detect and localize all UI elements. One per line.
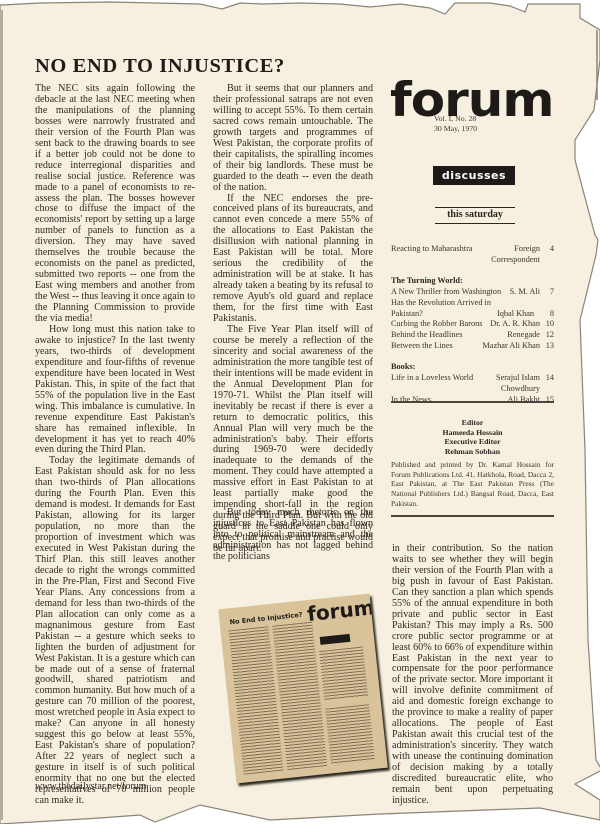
toc-section-heading: Books: xyxy=(391,362,554,373)
toc-page: 10 xyxy=(540,319,554,330)
toc-section-heading: The Turning World: xyxy=(391,276,554,287)
article-column-2: But it seems that our planners and their… xyxy=(213,84,373,555)
toc-title: Behind the Headlines xyxy=(391,330,507,341)
issue-info: Vol. I, No. 28 30 May, 1970 xyxy=(434,114,477,133)
article-column-1: The NEC sits again following the debacle… xyxy=(35,84,195,807)
toc-item: Between the Lines Mazhar Ali Khan 13 xyxy=(391,341,554,352)
divider xyxy=(391,515,554,517)
toc-title: Curbing the Robber Barons xyxy=(391,319,490,330)
clipping-discusses-box xyxy=(320,634,351,645)
toc-page: 14 xyxy=(540,373,554,395)
article-column-2-tail: But today much rhetoric on the injustice… xyxy=(213,508,373,563)
toc-item: A New Thriller from Washington S. M. Ali… xyxy=(391,287,554,298)
divider xyxy=(391,401,554,403)
paragraph: How long must this nation take to awake … xyxy=(35,325,195,456)
editor-label: Editor xyxy=(391,418,554,428)
toc-author: Dr. A. R. Khan xyxy=(490,319,540,330)
clipping-logo: forum xyxy=(306,595,376,626)
toc-title: Has the Revolution Arrived in Pakistan? xyxy=(391,298,491,320)
toc-item: Behind the Headlines Renegade 12 xyxy=(391,330,554,341)
executive-editor-name: Rehman Sobhan xyxy=(391,447,554,457)
executive-editor-label: Executive Editor xyxy=(391,437,554,447)
paragraph: The NEC sits again following the debacle… xyxy=(35,84,195,325)
toc-page: 4 xyxy=(540,244,554,266)
toc-page: 7 xyxy=(540,287,554,298)
table-of-contents: Reacting to Maharashtra Foreign Correspo… xyxy=(391,244,554,406)
paragraph: But it seems that our planners and their… xyxy=(213,84,373,194)
toc-item: Curbing the Robber Barons Dr. A. R. Khan… xyxy=(391,319,554,330)
toc-title: A New Thriller from Washington xyxy=(391,287,510,298)
toc-title: Reacting to Maharashtra xyxy=(391,244,480,266)
toc-item: Life in a Loveless World Serajul Islam C… xyxy=(391,373,554,395)
toc-page: 12 xyxy=(540,330,554,341)
paragraph: But today much rhetoric on the injustice… xyxy=(213,508,373,563)
toc-author: Foreign Correspondent xyxy=(480,244,540,266)
newspaper-clipping-image: No End to Injustice? forum xyxy=(218,594,387,784)
toc-item: Has the Revolution Arrived in Pakistan? … xyxy=(391,298,554,320)
clipping-text-lines xyxy=(325,704,375,765)
editor-name: Hameeda Hossain xyxy=(391,428,554,438)
paragraph: in their contribution. So the nation wai… xyxy=(392,544,553,807)
this-saturday-label: this saturday xyxy=(435,207,515,224)
toc-author: Iqbal Khan xyxy=(497,309,534,320)
toc-author: Mazhar Ali Khan xyxy=(482,341,540,352)
paragraph: If the NEC endorses the pre-conceived pl… xyxy=(213,194,373,325)
issue-date: 30 May, 1970 xyxy=(434,124,477,134)
toc-item: Reacting to Maharashtra Foreign Correspo… xyxy=(391,244,554,266)
toc-title: Life in a Loveless World xyxy=(391,373,488,395)
editorial-credits: Editor Hameeda Hossain Executive Editor … xyxy=(391,418,554,456)
toc-title: Between the Lines xyxy=(391,341,482,352)
toc-author: S. M. Ali xyxy=(510,287,540,298)
discusses-banner: discusses xyxy=(433,166,515,185)
article-column-3-tail: in their contribution. So the nation wai… xyxy=(392,544,553,807)
source-url-link[interactable]: www.thedailystar.net/forum xyxy=(35,781,147,792)
publisher-note: Published and printed by Dr. Kamal Hossa… xyxy=(391,460,554,509)
article-headline: NO END TO INJUSTICE? xyxy=(35,55,285,78)
toc-page: 13 xyxy=(540,341,554,352)
clipping-text-lines xyxy=(319,647,368,701)
toc-author: Serajul Islam Chowdhury xyxy=(488,373,540,395)
toc-page: 8 xyxy=(540,309,554,320)
volume-number: Vol. I, No. 28 xyxy=(434,114,477,124)
forum-masthead: forum Vol. I, No. 28 30 May, 1970 xyxy=(390,78,553,122)
toc-author: Renegade xyxy=(507,330,540,341)
paragraph: Today the legitimate demands of East Pak… xyxy=(35,456,195,807)
